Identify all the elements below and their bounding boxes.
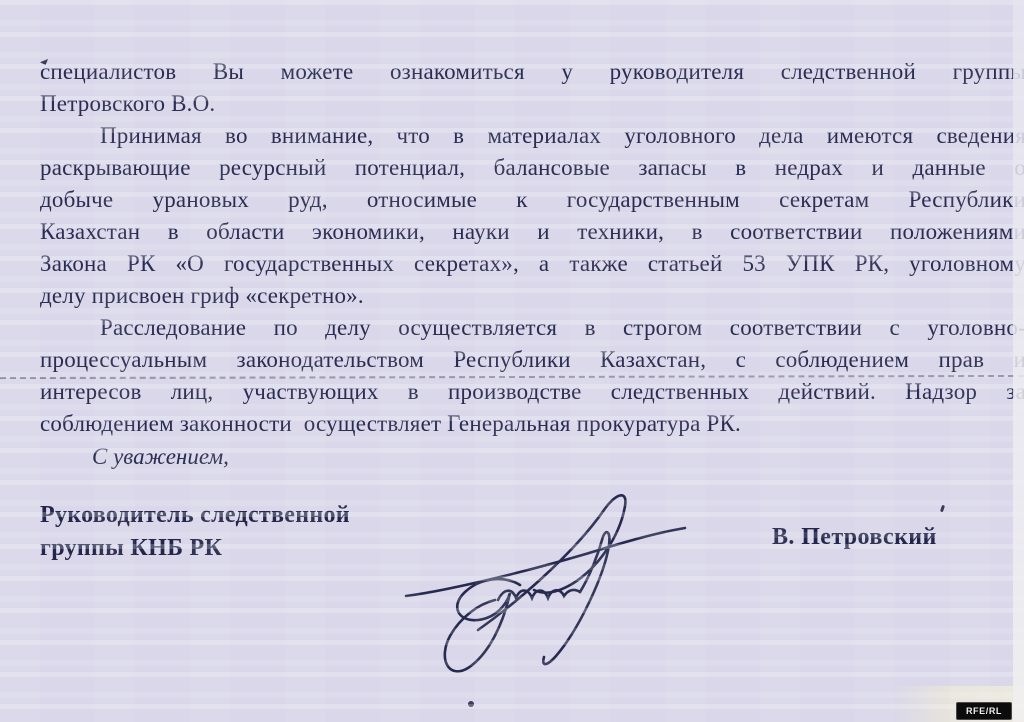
- document-line: интересов лиц, участвующих в производств…: [40, 376, 1024, 408]
- document-line: Казахстан в области экономики, науки и т…: [40, 216, 1024, 248]
- document-line: раскрывающие ресурсный потенциал, баланс…: [40, 152, 1024, 184]
- signer-role-line2: группы КНБ РК: [40, 535, 222, 562]
- signer-role-line1: Руководитель следственной: [40, 502, 350, 529]
- document-line: Петровского В.О.: [40, 88, 1024, 120]
- document-line: добыче урановых руд, относимые к государ…: [40, 184, 1024, 216]
- rferl-watermark: RFE/RL: [956, 702, 1012, 720]
- ink-speck: [468, 701, 474, 707]
- closing-salutation: С уважением,: [92, 444, 229, 470]
- document-line: Принимая во внимание, что в материалах у…: [40, 120, 1024, 152]
- handwritten-signature-icon: [392, 478, 692, 708]
- document-line: Расследование по делу осуществляется в с…: [40, 312, 1024, 344]
- scanned-letter-page: { "document": { "lines": [ "специалистов…: [0, 0, 1024, 722]
- document-line: делу присвоен гриф «секретно».: [40, 280, 1024, 312]
- document-line: процессуальным законодательством Республ…: [40, 344, 1024, 376]
- ink-speck: [940, 505, 945, 513]
- document-line: Закона РК «О государственных секретах», …: [40, 248, 1024, 280]
- signer-name: В. Петровский: [772, 524, 937, 551]
- letter-body: специалистов Вы можете ознакомиться у ру…: [40, 56, 1024, 440]
- document-line: специалистов Вы можете ознакомиться у ру…: [40, 56, 1024, 88]
- document-line: соблюдением законности осуществляет Гене…: [40, 408, 1024, 440]
